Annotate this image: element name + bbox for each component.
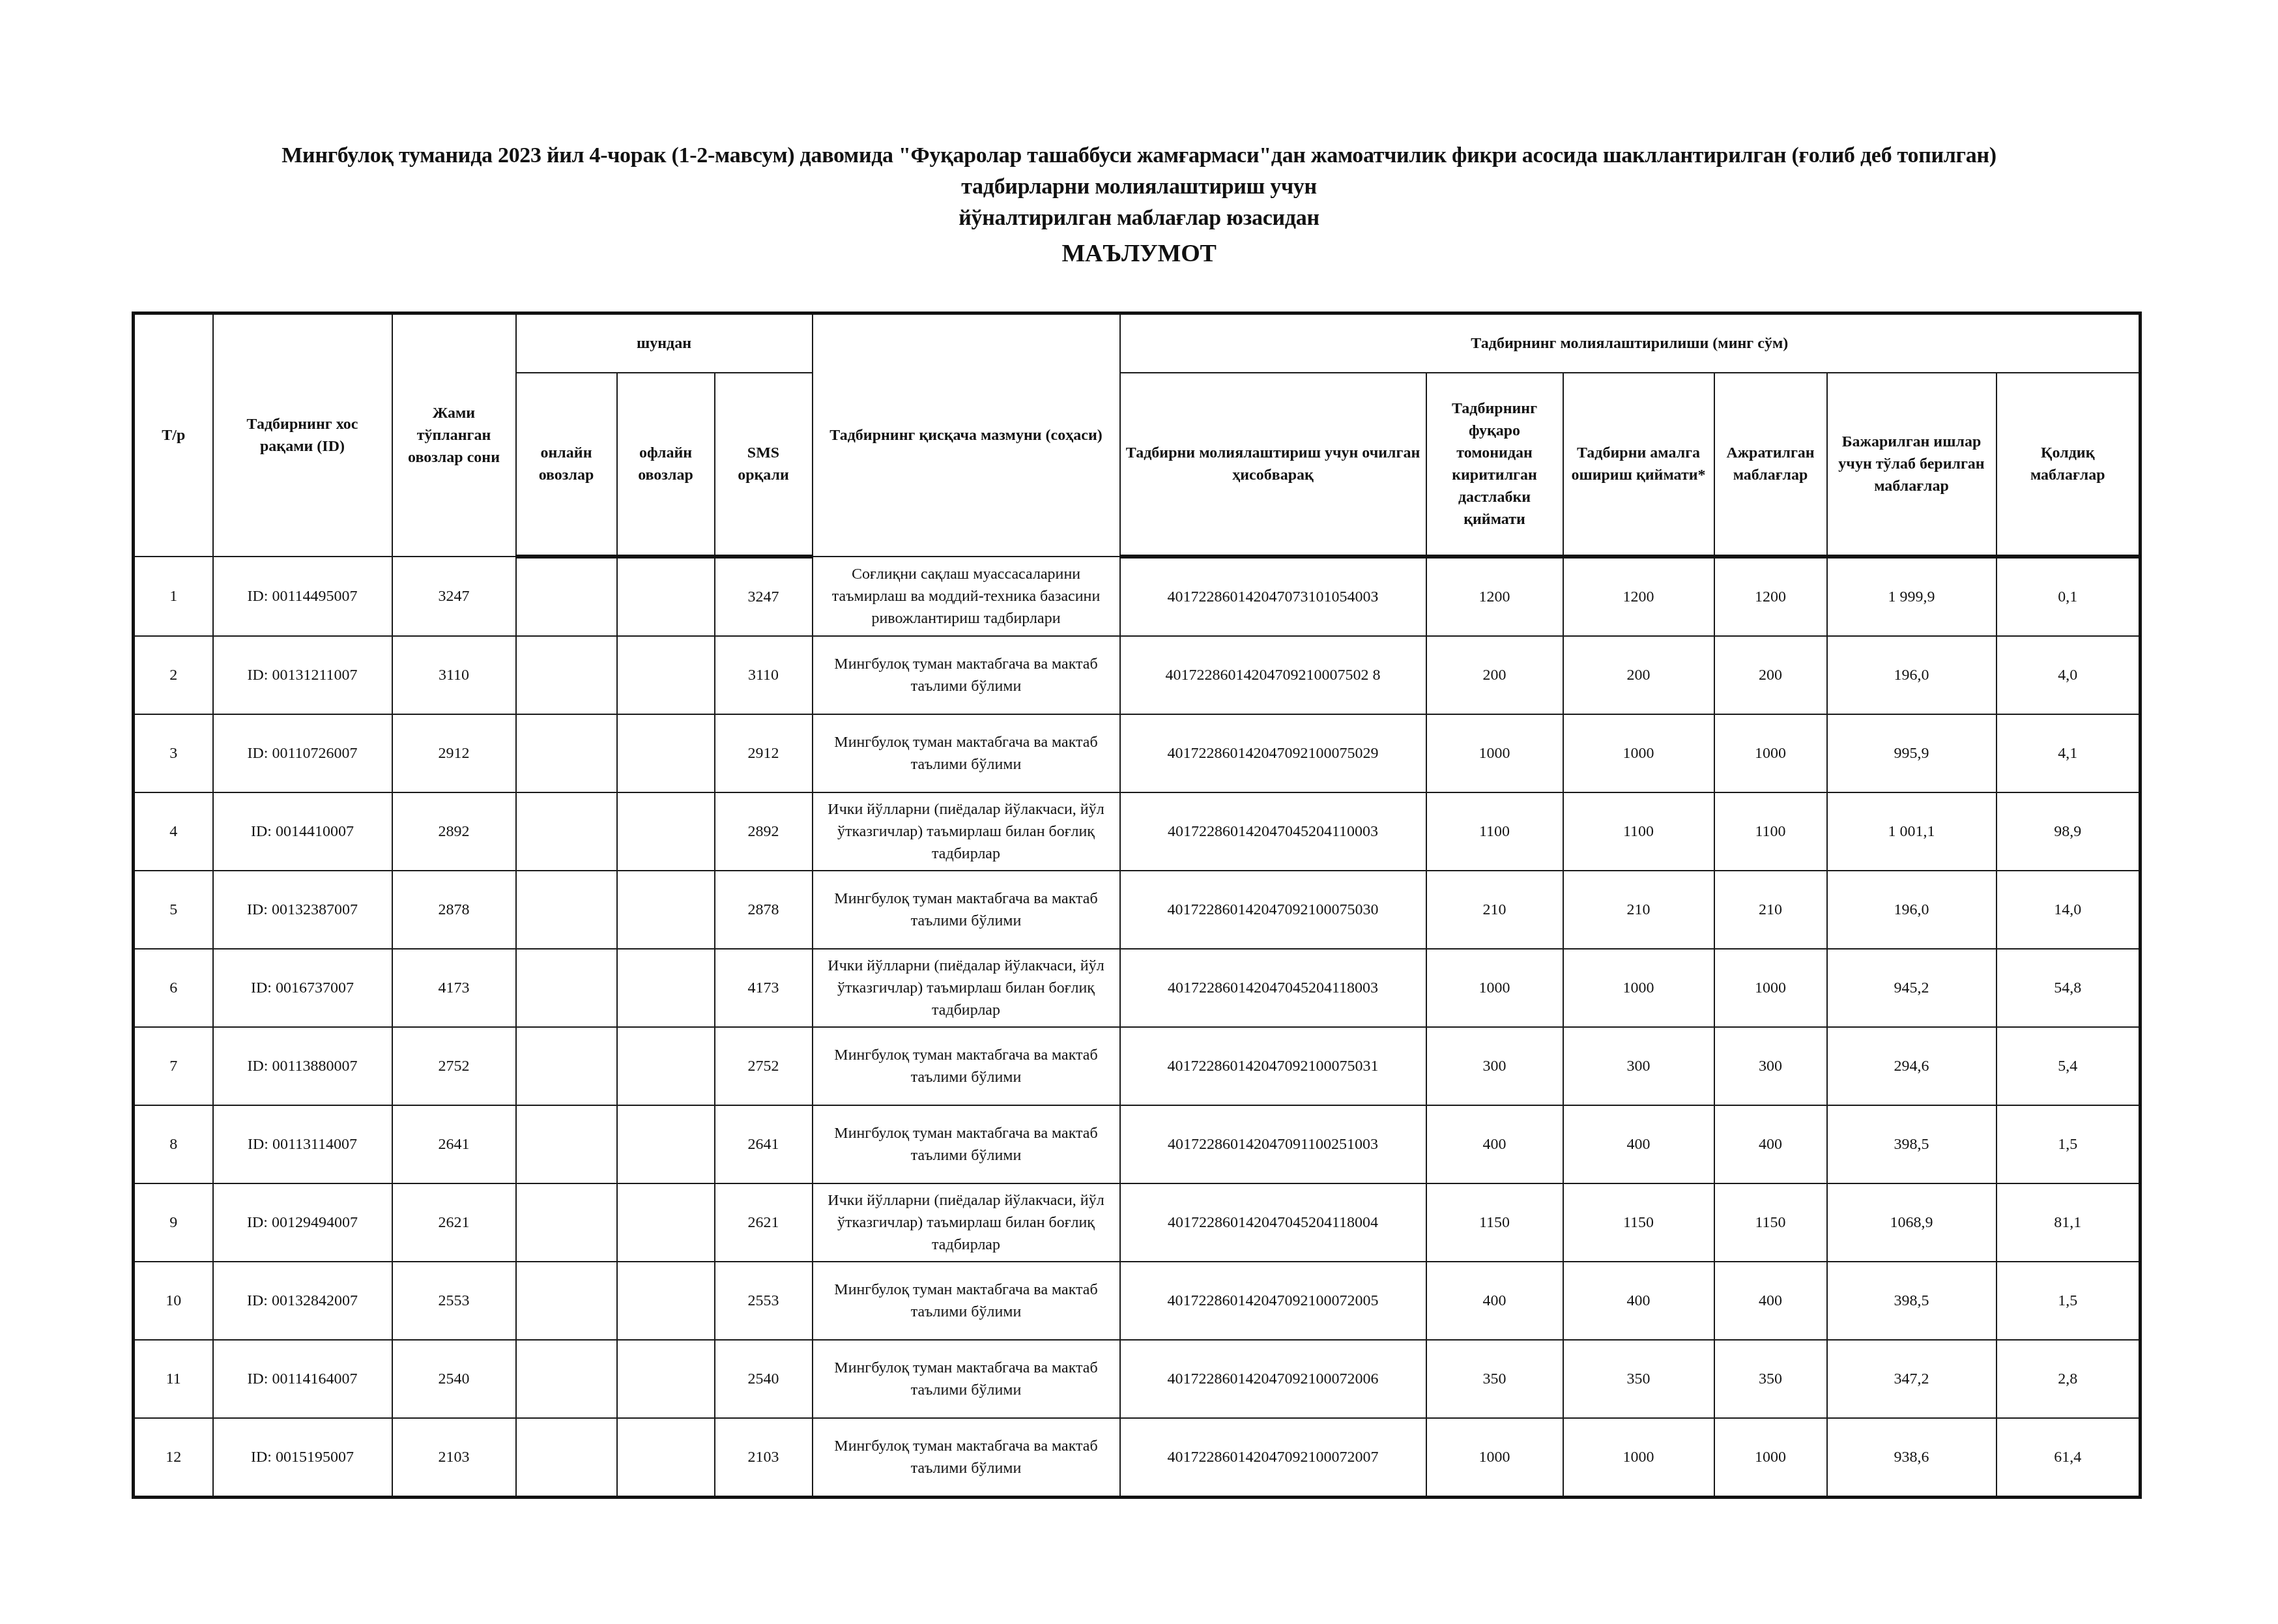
table-row: 5ID: 0013238700728782878Мингбулоқ туман … [134, 871, 2141, 949]
cell-initial-value: 1000 [1426, 1418, 1563, 1498]
cell-total-votes: 2621 [392, 1183, 516, 1262]
cell-num: 3 [134, 714, 213, 792]
cell-sms: 2621 [715, 1183, 813, 1262]
cell-total-votes: 2892 [392, 792, 516, 871]
cell-num: 6 [134, 949, 213, 1027]
cell-description: Мингбулоқ туман мактабгача ва мактаб таъ… [813, 1262, 1120, 1340]
cell-num: 4 [134, 792, 213, 871]
cell-impl-value: 1100 [1563, 792, 1714, 871]
cell-remaining: 4,0 [1997, 636, 2141, 714]
cell-total-votes: 2878 [392, 871, 516, 949]
cell-remaining: 4,1 [1997, 714, 2141, 792]
cell-account: 401722860142047092100072005 [1120, 1262, 1426, 1340]
table-row: 10ID: 0013284200725532553Мингбулоқ туман… [134, 1262, 2141, 1340]
table-body: 1ID: 0011449500732473247Соғлиқни сақлаш … [134, 557, 2141, 1498]
cell-id: ID: 00131211007 [213, 636, 392, 714]
cell-initial-value: 1000 [1426, 714, 1563, 792]
cell-id: ID: 00110726007 [213, 714, 392, 792]
cell-description: Мингбулоқ туман мактабгача ва мактаб таъ… [813, 1340, 1120, 1418]
cell-description: Ички йўлларни (пиёдалар йўлакчаси, йўл ў… [813, 949, 1120, 1027]
cell-online [516, 871, 617, 949]
cell-online [516, 949, 617, 1027]
cell-allocated: 1100 [1714, 792, 1827, 871]
table-row: 7ID: 0011388000727522752Мингбулоқ туман … [134, 1027, 2141, 1105]
cell-online [516, 1105, 617, 1183]
cell-total-votes: 2641 [392, 1105, 516, 1183]
funding-report-table: Т/р Тадбирнинг хос рақами (ID) Жами тўпл… [132, 312, 2142, 1499]
cell-sms: 2641 [715, 1105, 813, 1183]
cell-allocated: 1000 [1714, 1418, 1827, 1498]
cell-num: 9 [134, 1183, 213, 1262]
cell-offline [617, 557, 715, 636]
cell-impl-value: 1000 [1563, 949, 1714, 1027]
title-line-3: йўналтирилган маблағлар юзасидан [0, 203, 2278, 234]
header-id: Тадбирнинг хос рақами (ID) [213, 313, 392, 557]
cell-sms: 2752 [715, 1027, 813, 1105]
cell-allocated: 400 [1714, 1105, 1827, 1183]
cell-offline [617, 871, 715, 949]
cell-num: 1 [134, 557, 213, 636]
cell-description: Ички йўлларни (пиёдалар йўлакчаси, йўл ў… [813, 792, 1120, 871]
cell-offline [617, 1418, 715, 1498]
cell-description: Ички йўлларни (пиёдалар йўлакчаси, йўл ў… [813, 1183, 1120, 1262]
cell-paid: 945,2 [1827, 949, 1997, 1027]
cell-remaining: 1,5 [1997, 1262, 2141, 1340]
cell-impl-value: 400 [1563, 1105, 1714, 1183]
cell-sms: 2103 [715, 1418, 813, 1498]
cell-initial-value: 1200 [1426, 557, 1563, 636]
cell-online [516, 1183, 617, 1262]
cell-id: ID: 0015195007 [213, 1418, 392, 1498]
cell-sms: 3247 [715, 557, 813, 636]
cell-impl-value: 1150 [1563, 1183, 1714, 1262]
cell-allocated: 1000 [1714, 714, 1827, 792]
cell-total-votes: 4173 [392, 949, 516, 1027]
cell-id: ID: 0014410007 [213, 792, 392, 871]
cell-online [516, 1262, 617, 1340]
cell-total-votes: 2752 [392, 1027, 516, 1105]
cell-description: Мингбулоқ туман мактабгача ва мактаб таъ… [813, 1418, 1120, 1498]
header-paid: Бажарилган ишлар учун тўлаб берилган маб… [1827, 373, 1997, 557]
cell-account: 401722860142047045204118004 [1120, 1183, 1426, 1262]
cell-offline [617, 636, 715, 714]
cell-paid: 294,6 [1827, 1027, 1997, 1105]
cell-online [516, 1418, 617, 1498]
cell-account: 401722860142047092100075031 [1120, 1027, 1426, 1105]
cell-remaining: 5,4 [1997, 1027, 2141, 1105]
cell-account: 40172286014204707310105400З [1120, 557, 1426, 636]
cell-initial-value: 1150 [1426, 1183, 1563, 1262]
cell-initial-value: 210 [1426, 871, 1563, 949]
cell-offline [617, 792, 715, 871]
cell-description: Мингбулоқ туман мактабгача ва мактаб таъ… [813, 871, 1120, 949]
cell-sms: 2912 [715, 714, 813, 792]
cell-allocated: 200 [1714, 636, 1827, 714]
cell-impl-value: 210 [1563, 871, 1714, 949]
cell-id: ID: 00132387007 [213, 871, 392, 949]
cell-remaining: 61,4 [1997, 1418, 2141, 1498]
cell-sms: 2892 [715, 792, 813, 871]
title-line-1: Мингбулоқ туманида 2023 йил 4-чорак (1-2… [0, 140, 2278, 171]
cell-impl-value: 300 [1563, 1027, 1714, 1105]
table-row: 3ID: 0011072600729122912Мингбулоқ туман … [134, 714, 2141, 792]
title-line-2: тадбирларни молиялаштириш учун [0, 171, 2278, 203]
cell-offline [617, 1105, 715, 1183]
cell-description: Мингбулоқ туман мактабгача ва мактаб таъ… [813, 1027, 1120, 1105]
cell-initial-value: 400 [1426, 1105, 1563, 1183]
cell-id: ID: 00113880007 [213, 1027, 392, 1105]
cell-online [516, 714, 617, 792]
cell-account: 401722860142047092100072006 [1120, 1340, 1426, 1418]
table-row: 1ID: 0011449500732473247Соғлиқни сақлаш … [134, 557, 2141, 636]
cell-paid: 347,2 [1827, 1340, 1997, 1418]
cell-sms: 2553 [715, 1262, 813, 1340]
cell-initial-value: 200 [1426, 636, 1563, 714]
table-row: 12ID: 001519500721032103Мингбулоқ туман … [134, 1418, 2141, 1498]
cell-description: Мингбулоқ туман мактабгача ва мактаб таъ… [813, 1105, 1120, 1183]
cell-account: 401722860142047092100072007 [1120, 1418, 1426, 1498]
cell-online [516, 636, 617, 714]
table-row: 11ID: 0011416400725402540Мингбулоқ туман… [134, 1340, 2141, 1418]
header-row-group: Т/р Тадбирнинг хос рақами (ID) Жами тўпл… [134, 313, 2141, 373]
cell-account: 401722860142047045204110003 [1120, 792, 1426, 871]
cell-remaining: 1,5 [1997, 1105, 2141, 1183]
cell-description: Мингбулоқ туман мактабгача ва мактаб таъ… [813, 636, 1120, 714]
cell-paid: 1 999,9 [1827, 557, 1997, 636]
cell-remaining: 54,8 [1997, 949, 2141, 1027]
header-group-financing: Тадбирнинг молиялаштирилиши (минг сўм) [1120, 313, 2141, 373]
cell-num: 2 [134, 636, 213, 714]
cell-online [516, 557, 617, 636]
cell-num: 11 [134, 1340, 213, 1418]
cell-id: ID: 00114164007 [213, 1340, 392, 1418]
title-heading: МАЪЛУМОТ [0, 238, 2278, 269]
header-offline: офлайн овозлар [617, 373, 715, 557]
cell-offline [617, 949, 715, 1027]
cell-online [516, 1340, 617, 1418]
cell-num: 10 [134, 1262, 213, 1340]
header-total-votes: Жами тўпланган овозлар сони [392, 313, 516, 557]
cell-account: 40172286014204709210007502 8 [1120, 636, 1426, 714]
cell-allocated: 1200 [1714, 557, 1827, 636]
table-row: 2ID: 0013121100731103110Мингбулоқ туман … [134, 636, 2141, 714]
cell-offline [617, 1183, 715, 1262]
cell-impl-value: 400 [1563, 1262, 1714, 1340]
cell-id: ID: 00114495007 [213, 557, 392, 636]
cell-account: 401722860142047045204118003 [1120, 949, 1426, 1027]
cell-allocated: 1150 [1714, 1183, 1827, 1262]
cell-total-votes: 2912 [392, 714, 516, 792]
cell-initial-value: 300 [1426, 1027, 1563, 1105]
header-initial-value: Тадбирнинг фуқаро томонидан киритилган д… [1426, 373, 1563, 557]
cell-offline [617, 1262, 715, 1340]
cell-sms: 2540 [715, 1340, 813, 1418]
cell-allocated: 210 [1714, 871, 1827, 949]
cell-account: 401722860142047092100075030 [1120, 871, 1426, 949]
header-description: Тадбирнинг қисқача мазмуни (соҳаси) [813, 313, 1120, 557]
cell-description: Мингбулоқ туман мактабгача ва мактаб таъ… [813, 714, 1120, 792]
cell-paid: 938,6 [1827, 1418, 1997, 1498]
cell-initial-value: 1000 [1426, 949, 1563, 1027]
header-remaining: Қолдиқ маблағлар [1997, 373, 2141, 557]
cell-total-votes: 3247 [392, 557, 516, 636]
cell-num: 8 [134, 1105, 213, 1183]
header-allocated: Ажратилган маблағлар [1714, 373, 1827, 557]
cell-total-votes: 2540 [392, 1340, 516, 1418]
cell-id: ID: 00129494007 [213, 1183, 392, 1262]
header-sms: SMS орқали [715, 373, 813, 557]
cell-sms: 2878 [715, 871, 813, 949]
cell-offline [617, 1027, 715, 1105]
document-title: Мингбулоқ туманида 2023 йил 4-чорак (1-2… [0, 140, 2278, 269]
cell-sms: 4173 [715, 949, 813, 1027]
cell-impl-value: 1000 [1563, 1418, 1714, 1498]
cell-allocated: 1000 [1714, 949, 1827, 1027]
cell-allocated: 300 [1714, 1027, 1827, 1105]
cell-remaining: 98,9 [1997, 792, 2141, 871]
cell-offline [617, 1340, 715, 1418]
cell-paid: 398,5 [1827, 1105, 1997, 1183]
cell-paid: 196,0 [1827, 636, 1997, 714]
header-impl-value: Тадбирни амалга ошириш қиймати* [1563, 373, 1714, 557]
table-row: 6ID: 001673700741734173Ички йўлларни (пи… [134, 949, 2141, 1027]
cell-impl-value: 1000 [1563, 714, 1714, 792]
header-account: Тадбирни молиялаштириш учун очилган ҳисо… [1120, 373, 1426, 557]
cell-num: 5 [134, 871, 213, 949]
cell-allocated: 400 [1714, 1262, 1827, 1340]
cell-account: 401722860142047092100075029 [1120, 714, 1426, 792]
cell-initial-value: 1100 [1426, 792, 1563, 871]
cell-total-votes: 3110 [392, 636, 516, 714]
cell-initial-value: 350 [1426, 1340, 1563, 1418]
cell-total-votes: 2103 [392, 1418, 516, 1498]
header-group-of-which: шундан [516, 313, 813, 373]
cell-paid: 995,9 [1827, 714, 1997, 792]
cell-id: ID: 0016737007 [213, 949, 392, 1027]
cell-sms: 3110 [715, 636, 813, 714]
cell-impl-value: 200 [1563, 636, 1714, 714]
cell-total-votes: 2553 [392, 1262, 516, 1340]
cell-paid: 1068,9 [1827, 1183, 1997, 1262]
cell-paid: 398,5 [1827, 1262, 1997, 1340]
cell-remaining: 14,0 [1997, 871, 2141, 949]
cell-id: ID: 00132842007 [213, 1262, 392, 1340]
table-row: 4ID: 001441000728922892Ички йўлларни (пи… [134, 792, 2141, 871]
table-row: 8ID: 0011311400726412641Мингбулоқ туман … [134, 1105, 2141, 1183]
header-num: Т/р [134, 313, 213, 557]
cell-id: ID: 00113114007 [213, 1105, 392, 1183]
cell-remaining: 0,1 [1997, 557, 2141, 636]
cell-online [516, 792, 617, 871]
cell-description: Соғлиқни сақлаш муассасаларини таъмирлаш… [813, 557, 1120, 636]
cell-impl-value: 1200 [1563, 557, 1714, 636]
cell-paid: 196,0 [1827, 871, 1997, 949]
header-online: онлайн овозлар [516, 373, 617, 557]
cell-num: 7 [134, 1027, 213, 1105]
table-row: 9ID: 0012949400726212621Ички йўлларни (п… [134, 1183, 2141, 1262]
cell-remaining: 2,8 [1997, 1340, 2141, 1418]
cell-online [516, 1027, 617, 1105]
cell-offline [617, 714, 715, 792]
cell-initial-value: 400 [1426, 1262, 1563, 1340]
cell-allocated: 350 [1714, 1340, 1827, 1418]
cell-paid: 1 001,1 [1827, 792, 1997, 871]
cell-account: 401722860142047091100251003 [1120, 1105, 1426, 1183]
cell-impl-value: 350 [1563, 1340, 1714, 1418]
cell-num: 12 [134, 1418, 213, 1498]
cell-remaining: 81,1 [1997, 1183, 2141, 1262]
